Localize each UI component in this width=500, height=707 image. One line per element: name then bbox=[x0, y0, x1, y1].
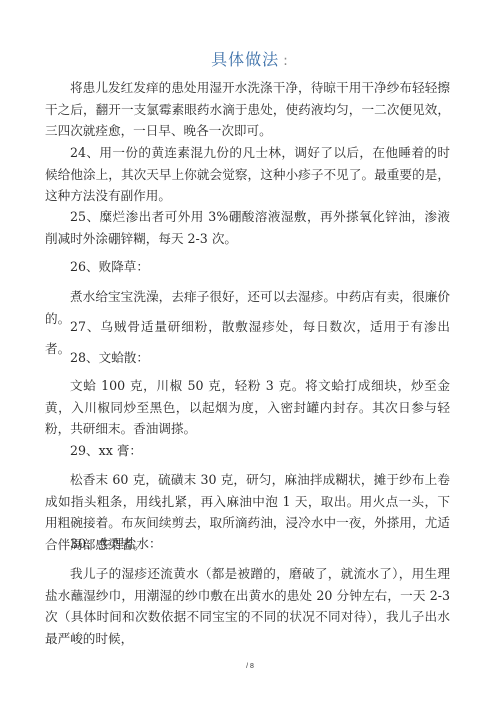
page-indicator: / 8 bbox=[0, 663, 500, 670]
title-colon: : bbox=[283, 53, 289, 69]
page-title: 具体做法: bbox=[0, 47, 500, 70]
heading-item-29: 29、xx 膏： bbox=[45, 440, 450, 462]
paragraph-intro: 将患儿发红发痒的患处用湿开水洗涤干净，待晾干用干净纱布轻轻擦干之后，翻开一支氯霉… bbox=[45, 77, 450, 142]
heading-item-30: 30、生理盐水： bbox=[45, 533, 450, 555]
document-page: 具体做法: 将患儿发红发痒的患处用湿开水洗涤干净，待晾干用干净纱布轻轻擦干之后，… bbox=[0, 0, 500, 707]
heading-item-28: 28、文蛤散： bbox=[45, 347, 450, 369]
paragraph-item-28-body: 文蛤 100 克，川椒 50 克，轻粉 3 克。将文蛤打成细块，炒至金黄，入川椒… bbox=[45, 375, 450, 440]
paragraph-item-24: 24、用一份的黄连素混九份的凡士林，调好了以后，在他睡着的时候给他涂上，其次天早… bbox=[45, 142, 450, 207]
paragraph-item-25: 25、糜烂渗出者可外用 3%硼酸溶液湿敷，再外搽氧化锌油，渗液削减时外涂硼锌糊，… bbox=[45, 206, 450, 249]
heading-item-26: 26、败降草： bbox=[45, 256, 450, 278]
title-text: 具体做法 bbox=[211, 50, 279, 69]
paragraph-item-30-body: 我儿子的湿疹还流黄水（都是被蹭的，磨破了，就流水了），用生理盐水蘸湿纱巾，用潮湿… bbox=[45, 563, 450, 649]
